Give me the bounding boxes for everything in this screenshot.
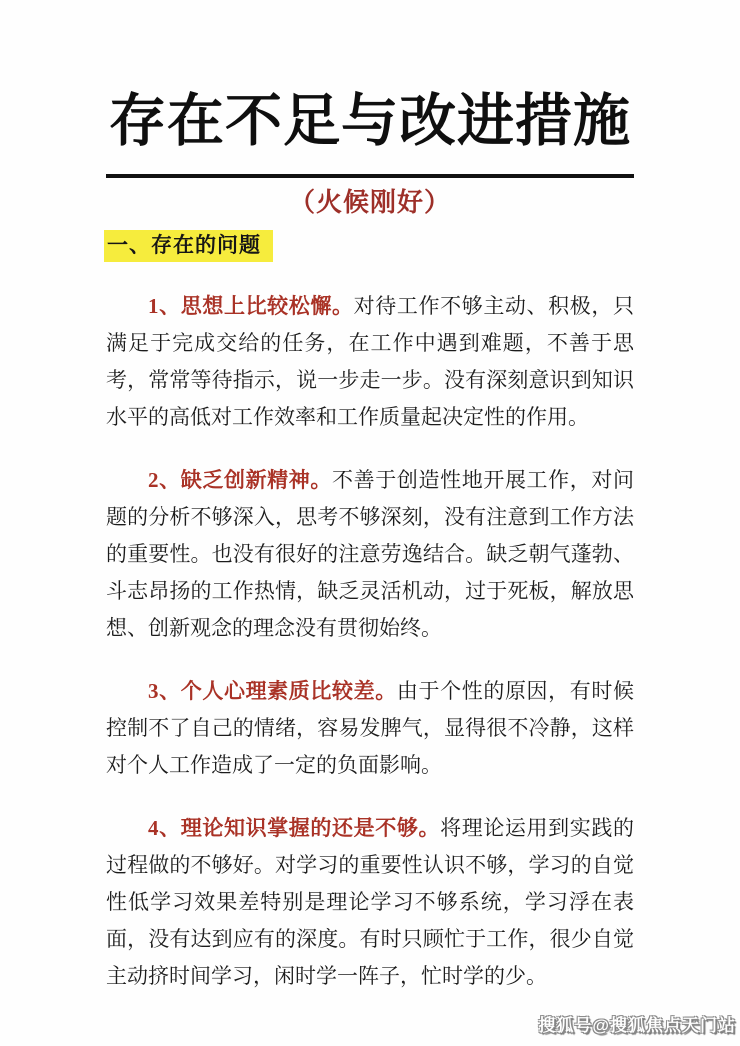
paragraph-4-lead: 4、理论知识掌握的还是不够。 — [148, 816, 440, 840]
paragraph-2-body: 不善于创造性地开展工作，对问题的分析不够深入，思考不够深刻，没有注意到工作方法的… — [106, 468, 634, 640]
section-heading-row: 一、存在的问题 — [104, 230, 634, 262]
document-page: 存在不足与改进措施 （火候刚好） 一、存在的问题 1、思想上比较松懈。对待工作不… — [0, 0, 740, 1046]
paragraph-1-lead: 1、思想上比较松懈。 — [148, 294, 354, 318]
paragraph-2-lead: 2、缺乏创新精神。 — [148, 468, 332, 492]
paragraph-1: 1、思想上比较松懈。对待工作不够主动、积极，只满足于完成交给的任务，在工作中遇到… — [106, 288, 634, 436]
paragraph-2: 2、缺乏创新精神。不善于创造性地开展工作，对问题的分析不够深入，思考不够深刻，没… — [106, 462, 634, 647]
paragraph-3: 3、个人心理素质比较差。由于个性的原因，有时候控制不了自己的情绪，容易发脾气，显… — [106, 673, 634, 784]
section-heading: 一、存在的问题 — [104, 230, 273, 262]
document-subtitle: （火候刚好） — [106, 188, 634, 218]
title-divider — [106, 174, 634, 178]
document-content: 存在不足与改进措施 （火候刚好） 一、存在的问题 1、思想上比较松懈。对待工作不… — [0, 0, 740, 995]
paragraph-4: 4、理论知识掌握的还是不够。将理论运用到实践的过程做的不够好。对学习的重要性认识… — [106, 810, 634, 995]
document-title: 存在不足与改进措施 — [106, 84, 634, 160]
watermark: 搜狐号@搜狐焦点天门站 — [538, 1011, 736, 1036]
paragraph-3-lead: 3、个人心理素质比较差。 — [148, 679, 397, 703]
paragraph-4-body: 将理论运用到实践的过程做的不够好。对学习的重要性认识不够，学习的自觉性低学习效果… — [106, 816, 634, 988]
